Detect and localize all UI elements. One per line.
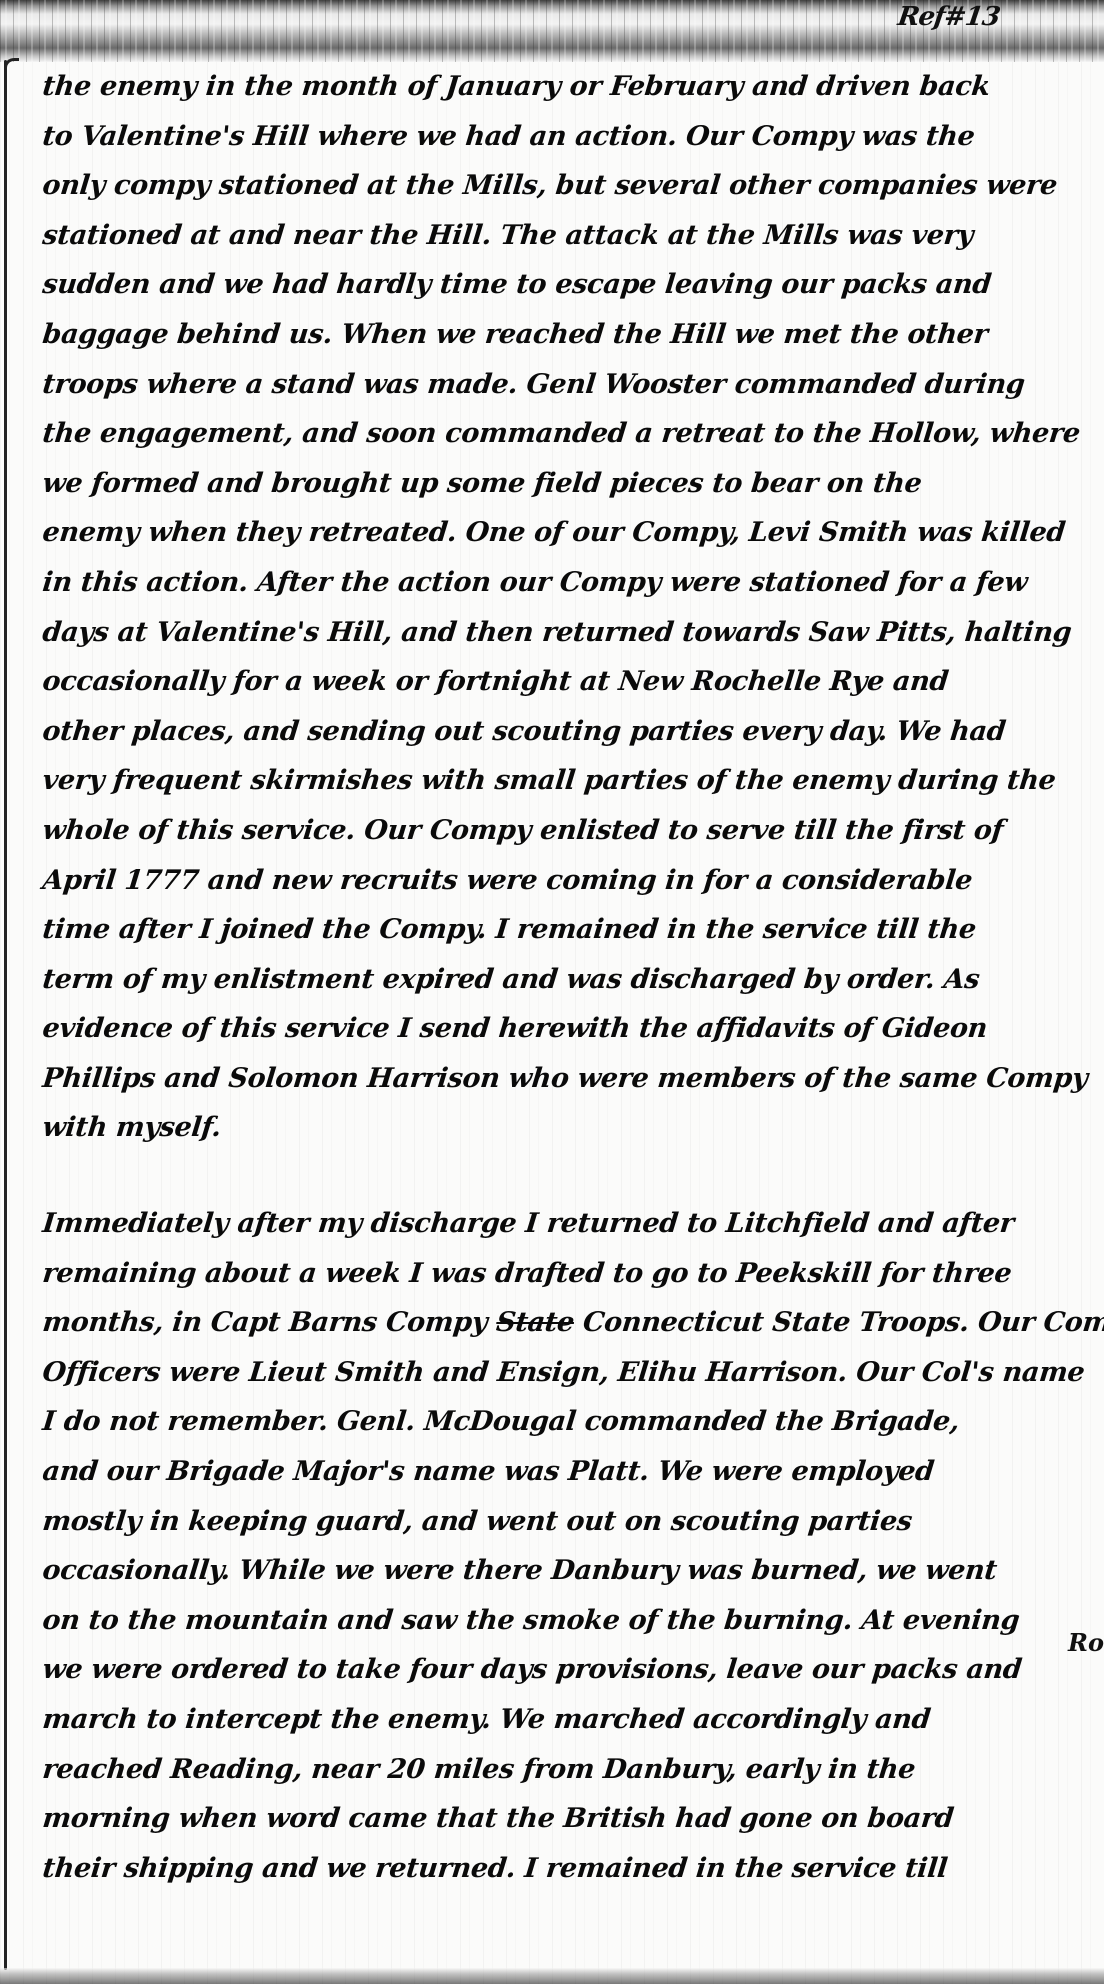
text-line: whole of this service. Our Compy enliste… xyxy=(40,806,1055,856)
manuscript-page: Ref#13 the enemy in the month of January… xyxy=(0,0,1104,1984)
text-line: remaining about a week I was drafted to … xyxy=(40,1249,1055,1299)
text-line: mostly in keeping guard, and went out on… xyxy=(40,1497,1055,1547)
text-line: enemy when they retreated. One of our Co… xyxy=(40,508,1055,558)
page-border-left xyxy=(4,60,7,1970)
text-line: days at Valentine's Hill, and then retur… xyxy=(40,608,1055,658)
scan-edge-bottom xyxy=(0,1968,1104,1984)
text-line: with myself. xyxy=(40,1103,1055,1153)
text-line: April 1777 and new recruits were coming … xyxy=(40,856,1055,906)
text-line: evidence of this service I send herewith… xyxy=(40,1004,1055,1054)
text-line: their shipping and we returned. I remain… xyxy=(40,1844,1055,1894)
text-line: term of my enlistment expired and was di… xyxy=(40,955,1055,1005)
text-line: the enemy in the month of January or Feb… xyxy=(40,62,1055,112)
text-line: reached Reading, near 20 miles from Danb… xyxy=(40,1745,1055,1795)
text-line: stationed at and near the Hill. The atta… xyxy=(40,211,1055,261)
text-line: Immediately after my discharge I returne… xyxy=(40,1199,1055,1249)
text-line: march to intercept the enemy. We marched… xyxy=(40,1695,1055,1745)
text-line: morning when word came that the British … xyxy=(40,1794,1055,1844)
text-line: troops where a stand was made. Genl Woos… xyxy=(40,360,1055,410)
text-line: only compy stationed at the Mills, but s… xyxy=(40,161,1055,211)
text-line: time after I joined the Compy. I remaine… xyxy=(40,905,1055,955)
paragraph-1: the enemy in the month of January or Feb… xyxy=(40,62,1050,1153)
paragraph-2: Immediately after my discharge I returne… xyxy=(40,1199,1050,1893)
text-line: in this action. After the action our Com… xyxy=(40,558,1055,608)
margin-note: Ro xyxy=(1068,1628,1104,1657)
text-line: Phillips and Solomon Harrison who were m… xyxy=(40,1054,1055,1104)
paragraph-spacer xyxy=(40,1153,1050,1199)
text-line: on to the mountain and saw the smoke of … xyxy=(40,1596,1055,1646)
struck-word: State xyxy=(495,1307,576,1338)
text-segment: Connecticut State Troops. Our Compy xyxy=(572,1307,1104,1338)
text-line: the engagement, and soon commanded a ret… xyxy=(40,409,1055,459)
text-segment: months, in Capt Barns Compy xyxy=(41,1307,498,1338)
text-line: very frequent skirmishes with small part… xyxy=(40,756,1055,806)
text-line: I do not remember. Genl. McDougal comman… xyxy=(40,1397,1055,1447)
text-line: to Valentine's Hill where we had an acti… xyxy=(40,112,1055,162)
text-line: baggage behind us. When we reached the H… xyxy=(40,310,1055,360)
text-line: occasionally for a week or fortnight at … xyxy=(40,657,1055,707)
text-line: other places, and sending out scouting p… xyxy=(40,707,1055,757)
text-line-with-strikethrough: months, in Capt Barns Compy State Connec… xyxy=(40,1298,1055,1348)
text-line: we formed and brought up some field piec… xyxy=(40,459,1055,509)
text-line: sudden and we had hardly time to escape … xyxy=(40,260,1055,310)
text-line: Officers were Lieut Smith and Ensign, El… xyxy=(40,1348,1055,1398)
text-line: we were ordered to take four days provis… xyxy=(40,1645,1055,1695)
text-line: occasionally. While we were there Danbur… xyxy=(40,1546,1055,1596)
reference-number: Ref#13 xyxy=(896,2,1002,32)
text-line: and our Brigade Major's name was Platt. … xyxy=(40,1447,1055,1497)
manuscript-text: the enemy in the month of January or Feb… xyxy=(40,62,1050,1893)
